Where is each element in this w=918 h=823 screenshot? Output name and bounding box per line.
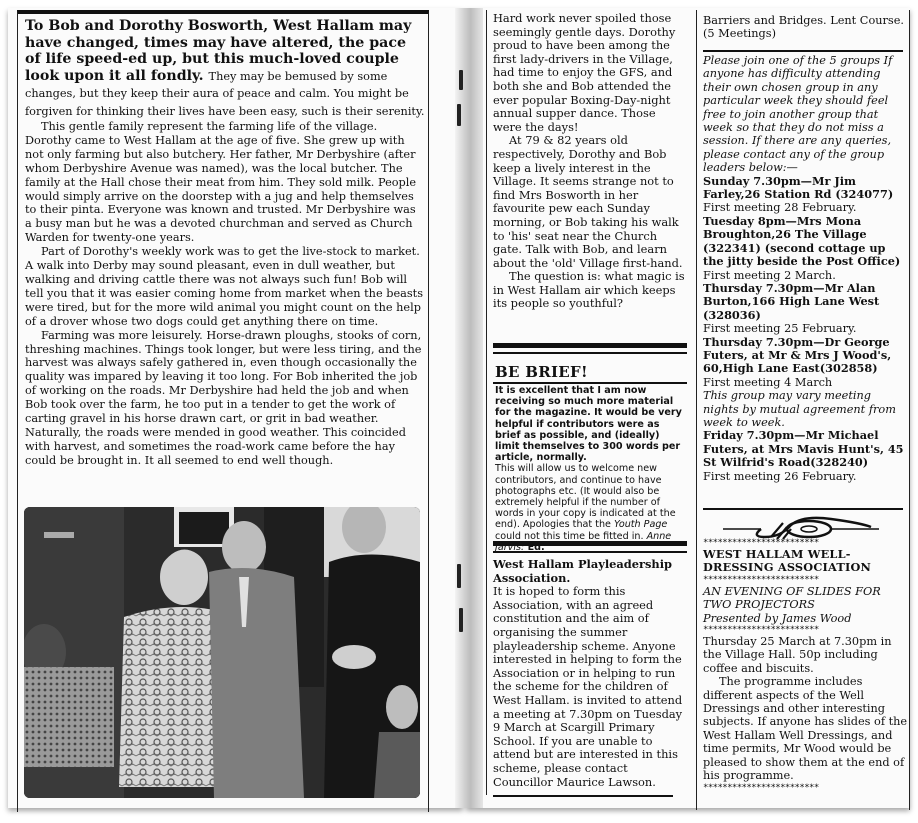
paragraph: This gentle family represent the farming… bbox=[25, 120, 425, 245]
heading-underline bbox=[703, 50, 903, 52]
paragraph: Farming was more leisurely. Horse-drawn … bbox=[25, 329, 425, 468]
event-programme: The programme includes different aspects… bbox=[703, 675, 908, 782]
right-column: Barriers and Bridges. Lent Course. (5 Me… bbox=[696, 10, 910, 810]
event-details: Thursday 25 March at 7.30pm in the Villa… bbox=[703, 635, 908, 675]
staple bbox=[459, 608, 463, 632]
group-entry: Tuesday 8pm—Mrs Mona Broughton,26 The Vi… bbox=[703, 215, 908, 282]
paragraph: It is excellent that I am now receiving … bbox=[495, 385, 687, 463]
lent-course-heading: Barriers and Bridges. Lent Course. (5 Me… bbox=[703, 14, 908, 41]
group-entry: Friday 7.30pm—Mr Michael Futers, at Mrs … bbox=[703, 429, 908, 483]
staple bbox=[457, 104, 461, 126]
section-divider bbox=[493, 352, 687, 354]
bosworth-article: To Bob and Dorothy Bosworth, West Hallam… bbox=[17, 10, 429, 812]
organisation-name: WEST HALLAM WELL-DRESSING ASSOCIATION bbox=[703, 548, 908, 575]
lent-course-details: Please join one of the 5 groups If anyon… bbox=[703, 54, 908, 483]
playleadership-heading: West Hallam Playleadership Association. bbox=[493, 558, 687, 585]
playleadership-notice: West Hallam Playleadership Association. … bbox=[493, 558, 687, 789]
star-divider: ************************ bbox=[703, 575, 908, 585]
couple-photo bbox=[24, 507, 420, 798]
photo-illustration bbox=[24, 507, 420, 798]
ornament-flourish-icon bbox=[721, 513, 881, 541]
event-title: AN EVENING OF SLIDES FOR TWO PROJECTORS bbox=[703, 585, 908, 612]
group-entry: Thursday 7.30pm—Mr Alan Burton,166 High … bbox=[703, 282, 908, 336]
lent-course-intro: Please join one of the 5 groups If anyon… bbox=[703, 54, 908, 175]
group-entry: Sunday 7.30pm—Mr Jim Farley,26 Station R… bbox=[703, 175, 908, 215]
paragraph: The question is: what magic is in West H… bbox=[493, 270, 687, 311]
group-entry: Thursday 7.30pm—Dr George Futers, at Mr … bbox=[703, 336, 908, 430]
star-divider: ************************ bbox=[703, 625, 908, 635]
staple bbox=[457, 564, 461, 588]
event-presenter: Presented by James Wood bbox=[703, 612, 908, 625]
paragraph: This will allow us to welcome new contri… bbox=[495, 463, 687, 553]
section-end-rule bbox=[493, 795, 673, 797]
article-continuation: Hard work never spoiled those seemingly … bbox=[493, 12, 687, 311]
star-divider: ************************ bbox=[703, 783, 908, 793]
well-dressing-notice: ************************ WEST HALLAM WEL… bbox=[703, 538, 908, 793]
paragraph: Hard work never spoiled those seemingly … bbox=[493, 12, 687, 134]
be-brief-notice: It is excellent that I am now receiving … bbox=[495, 385, 687, 553]
article-lead: To Bob and Dorothy Bosworth, West Hallam… bbox=[25, 18, 425, 121]
paragraph: It is hoped to form this Association, wi… bbox=[493, 585, 687, 789]
youth-page-title: Youth Page bbox=[614, 519, 667, 530]
section-divider bbox=[493, 343, 687, 348]
section-divider bbox=[493, 541, 687, 546]
section-divider bbox=[493, 551, 687, 553]
page-gutter bbox=[455, 8, 483, 808]
staple bbox=[459, 70, 463, 90]
paragraph: Part of Dorothy's weekly work was to get… bbox=[25, 245, 425, 328]
paragraph: At 79 & 82 years old respectively, Dorot… bbox=[493, 134, 687, 270]
article-body: This gentle family represent the farming… bbox=[25, 120, 425, 468]
lent-course-notice: Barriers and Bridges. Lent Course. (5 Me… bbox=[703, 14, 908, 41]
middle-column: Hard work never spoiled those seemingly … bbox=[486, 10, 687, 795]
be-brief-heading: BE BRIEF! bbox=[495, 363, 588, 381]
heading-underline bbox=[493, 382, 687, 384]
section-divider bbox=[703, 508, 903, 510]
